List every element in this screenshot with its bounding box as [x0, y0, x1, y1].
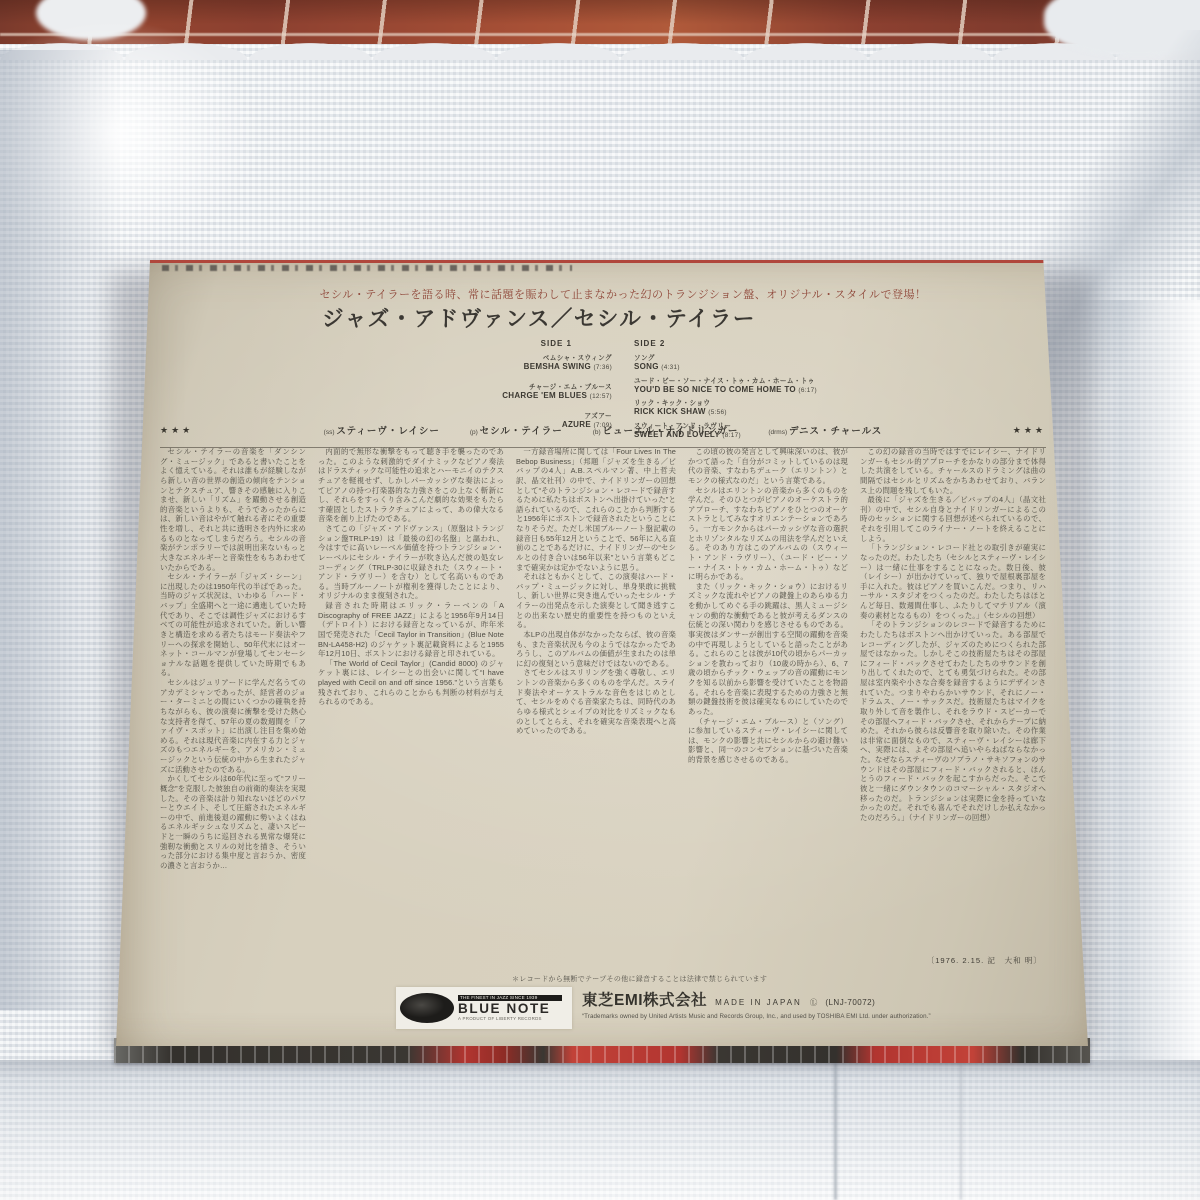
track-title: SONG [634, 362, 661, 371]
liner-notes-paragraph: 「そのトランジションのレコードで録音するためにわたしたちはボストンへ出かけていっ… [860, 620, 1046, 822]
track-title-line: BEMSHA SWING (7:36) [398, 362, 612, 371]
liner-notes-paragraph: セシルはジュリアードに学んだ名うてのアカデミシャンであったが、経営者のジョー・タ… [160, 678, 306, 774]
personnel-member: (drms) デニス・チャールス [768, 421, 882, 439]
personnel-member: (ss) スティーヴ・レイシー [324, 421, 440, 439]
photo-scene: セシル・テイラーを語る時、常に話題を賑わして止まなかった幻のトランジション盤、オ… [0, 0, 1200, 1200]
liner-notes-column: 内面的で無形な衝撃をもって聴き手を襲ったのであった。このような刺激的でダイナミッ… [318, 447, 504, 972]
record-jacket-back-cover: セシル・テイラーを語る時、常に話題を賑わして止まなかった幻のトランジション盤、オ… [116, 260, 1088, 1046]
track-title: YOU'D BE SO NICE TO COME HOME TO [634, 385, 798, 394]
blue-note-tagline: THE FINEST IN JAZZ SINCE 1939 [458, 995, 562, 1002]
back-cover-content: セシル・テイラーを語る時、常に話題を賑わして止まなかった幻のトランジション盤、オ… [160, 263, 1046, 1046]
liner-notes: セシル・テイラーの音楽を「ダンシング・ミュージック」であると書いたことをよく憶え… [160, 447, 1046, 972]
track-kana-title: ベムシャ・スウィング [398, 352, 612, 362]
liner-notes-paragraph: この頃の彼の発言として興味深いのは、彼がかつて語った「自分がコミットしているのは… [688, 447, 848, 486]
liner-notes-paragraph: （チャージ・エム・ブルース）と（ソング）に参加しているスティーヴ・レイシーに関し… [688, 717, 848, 765]
track-title-line: YOU'D BE SO NICE TO COME HOME TO (6:17) [634, 385, 994, 394]
liner-notes-column: セシル・テイラーの音楽を「ダンシング・ミュージック」であると書いたことをよく憶え… [160, 447, 306, 972]
liner-notes-paragraph: 本LPの出現自体がなかったならば、彼の音楽も、また音楽状況も今のようではなかった… [516, 630, 676, 669]
track-entry: ソングSONG (4:31) [634, 352, 994, 371]
liner-notes-paragraph: 「トランジション・レコード社との取引きが確実になったのだ。わたしたち（セシルとス… [860, 543, 1046, 620]
musician-name: スティーヴ・レイシー [336, 426, 440, 437]
track-kana-title: ユード・ビー・ソー・ナイス・トゥ・カム・ホーム・トゥ [634, 375, 994, 385]
liner-notes-paragraph: それはともかくとして、この演奏はハード・バップ・ミュージックに対し、単身果敢に挑… [516, 572, 676, 630]
track-title: CHARGE 'EM BLUES [502, 391, 589, 400]
blue-note-logo: THE FINEST IN JAZZ SINCE 1939 BLUE NOTE … [396, 987, 572, 1029]
track-entry: ベムシャ・スウィングBEMSHA SWING (7:36) [398, 352, 612, 371]
liner-notes-paragraph: さてセシルはスリリングを強く尊敬し、エリントンの音楽から多くのものを学んだ。スラ… [516, 668, 676, 735]
musician-name: セシル・テイラー [480, 426, 563, 437]
track-title-line: CHARGE 'EM BLUES (12:57) [398, 391, 612, 400]
blue-note-name: BLUE NOTE [458, 1002, 562, 1016]
track-kana-title: アズアー [398, 410, 612, 420]
stars-right: ★★★ [1013, 425, 1046, 436]
liner-notes-signoff: 〔1976. 2.15. 記 大和 明〕 [927, 955, 1042, 966]
blue-note-logo-text: THE FINEST IN JAZZ SINCE 1939 BLUE NOTE … [458, 995, 562, 1022]
liner-notes-column: 一方録音場所に関しては「Four Lives In The Bebop Busi… [516, 447, 676, 972]
musician-name: ビューエル・ナイドリンガー [603, 426, 739, 437]
side2-label: SIDE 2 [634, 339, 994, 348]
liner-notes-paragraph: セシル・テイラーの音楽を「ダンシング・ミュージック」であると書いたことをよく憶え… [160, 447, 306, 572]
liner-notes-paragraph: 内面的で無形な衝撃をもって聴き手を襲ったのであった。このような刺激的でダイナミッ… [318, 447, 504, 524]
personnel-member: (b) ビューエル・ナイドリンガー [593, 421, 739, 439]
liner-notes-paragraph: 最後に「ジャズを生きる／ビバップの4人」（晶文社刊）の中で、セシル自身とナイドリ… [860, 495, 1046, 543]
track-duration: (6:17) [798, 387, 817, 394]
track-title: BEMSHA SWING [524, 362, 594, 371]
liner-notes-paragraph: さてこの「ジャズ・アドヴァンス」（原盤はトランジション盤TRLP-19）は「最後… [318, 524, 504, 601]
side1-label: SIDE 1 [398, 339, 572, 348]
liner-notes-paragraph: 「The World of Cecil Taylor」(Candid 8000)… [318, 659, 504, 707]
track-kana-title: リック・キック・ショウ [634, 397, 994, 407]
track-duration: (7:36) [594, 364, 613, 371]
musician-name: デニス・チャールス [789, 426, 882, 437]
blue-note-oval-icon [400, 993, 454, 1023]
personnel-member: (p) セシル・テイラー [470, 421, 563, 439]
trademark-line: “Trademarks owned by United Artists Musi… [582, 1013, 931, 1020]
instrument-abbreviation: (b) [593, 429, 603, 436]
liner-notes-paragraph: セシル・テイラーが「ジャズ・シーン」に出現したのは1950年代の半ばであった。当… [160, 572, 306, 678]
company-line: 東芝EMI株式会社 MADE IN JAPAN Ⓛ (LNJ-70072) [582, 988, 931, 1010]
instrument-abbreviation: (drms) [768, 429, 789, 436]
liner-notes-paragraph: 録音された時期はエリック・ラーベンの「A Discography of FREE… [318, 601, 504, 659]
stars-left: ★★★ [160, 425, 193, 436]
clipped-top-edge-text [162, 265, 572, 271]
made-in-japan-text: MADE IN JAPAN [715, 998, 802, 1007]
liner-notes-paragraph: かくしてセシルは60年代に至って“フリー概念”を克服した彼独自の前衛的奏法を実現… [160, 774, 306, 870]
company-block: 東芝EMI株式会社 MADE IN JAPAN Ⓛ (LNJ-70072) “T… [582, 988, 931, 1020]
side1-tracks: ベムシャ・スウィングBEMSHA SWING (7:36)チャージ・エム・ブルー… [398, 352, 612, 429]
personnel-row: ★★★ (ss) スティーヴ・レイシー(p) セシル・テイラー(b) ビューエル… [160, 421, 1046, 448]
liner-notes-paragraph: この幻の録音の当時ではすでにレイシー、ナイドリンガーもセシル的アプローチをかなり… [860, 447, 1046, 495]
track-duration: (12:57) [590, 393, 612, 400]
album-title: ジャズ・アドヴァンス／セシル・テイラー [160, 302, 918, 333]
liner-notes-column: この頃の彼の発言として興味深いのは、彼がかつて語った「自分がコミットしているのは… [688, 447, 848, 972]
cover-footer: ＊レコードから無断でテープその他に録音することは法律で禁じられています THE … [160, 974, 1046, 1038]
company-name: 東芝EMI株式会社 [582, 988, 707, 1010]
track-kana-title: チャージ・エム・ブルース [398, 381, 612, 391]
liner-notes-paragraph: 一方録音場所に関しては「Four Lives In The Bebop Busi… [516, 447, 676, 572]
catalog-number: (LNJ-70072) [825, 998, 875, 1007]
instrument-abbreviation: (ss) [324, 429, 337, 436]
catch-copy: セシル・テイラーを語る時、常に話題を賑わして止まなかった幻のトランジション盤、オ… [200, 286, 1046, 302]
personnel-list: (ss) スティーヴ・レイシー(p) セシル・テイラー(b) ビューエル・ナイド… [324, 421, 883, 439]
tarp-scalloped-edge [0, 26, 1200, 60]
liner-notes-paragraph: セシルはエリントンの音楽から多くのものを学んだ。そのひとつがピアノのオーケストラ… [688, 486, 848, 582]
track-kana-title: ソング [634, 352, 994, 362]
track-entry: リック・キック・ショウRICK KICK SHAW (5:56) [634, 397, 994, 416]
track-duration: (5:56) [708, 409, 727, 416]
track-title: RICK KICK SHAW [634, 407, 708, 416]
track-entry: チャージ・エム・ブルースCHARGE 'EM BLUES (12:57) [398, 381, 612, 400]
copy-warning-text: ＊レコードから無断でテープその他に録音することは法律で禁じられています [512, 974, 767, 984]
label-mark: Ⓛ [810, 997, 818, 1008]
track-title-line: RICK KICK SHAW (5:56) [634, 407, 994, 416]
liner-notes-column: この幻の録音の当時ではすでにレイシー、ナイドリンガーもセシル的アプローチをかなり… [860, 447, 1046, 972]
liner-notes-paragraph: また（リック・キック・ショウ）におけるリズミックな流れやピアノの鍵盤上のあらゆる… [688, 582, 848, 717]
track-entry: ユード・ビー・ソー・ナイス・トゥ・カム・ホーム・トゥYOU'D BE SO NI… [634, 375, 994, 394]
track-duration: (4:31) [661, 364, 680, 371]
blue-note-subline: A PRODUCT OF LIBERTY RECORDS [458, 1017, 562, 1021]
instrument-abbreviation: (p) [470, 429, 480, 436]
track-title-line: SONG (4:31) [634, 362, 994, 371]
